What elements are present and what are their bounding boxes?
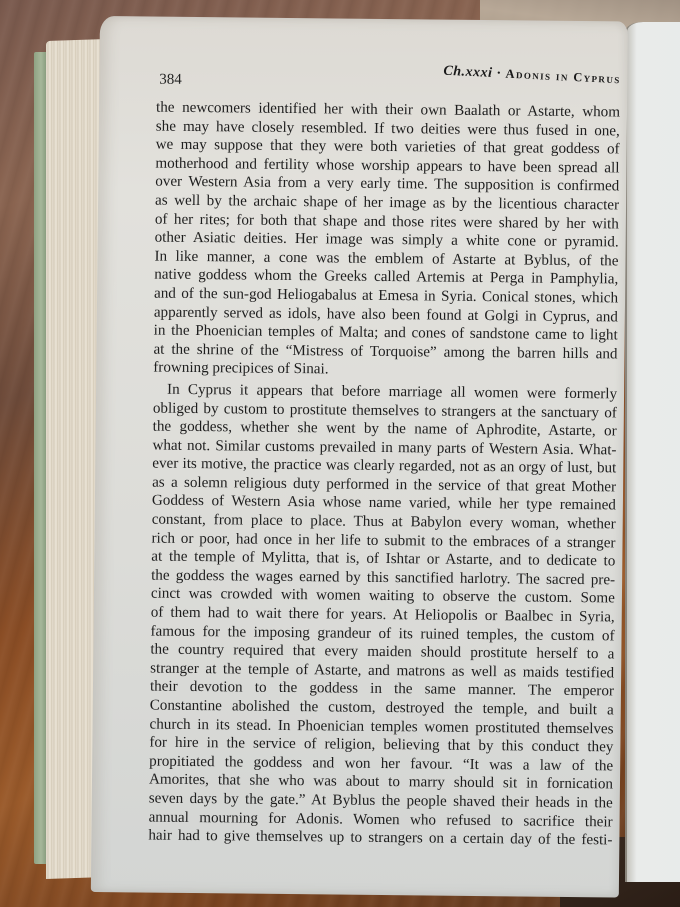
paragraph-2: In Cyprus it appears that before marriag… [148, 380, 617, 850]
chapter-title: Adonis in Cyprus [505, 67, 621, 87]
heading-separator: · [496, 66, 502, 81]
page-number: 384 [159, 72, 182, 89]
page-content: 384 Ch.xxxi·Adonis in Cyprus the newcome… [148, 61, 620, 851]
book-page: 384 Ch.xxxi·Adonis in Cyprus the newcome… [91, 16, 628, 897]
running-head: 384 Ch.xxxi·Adonis in Cyprus [156, 61, 620, 104]
chapter-heading: Ch.xxxi·Adonis in Cyprus [443, 64, 621, 89]
text-line: hair had to give themselves up to strang… [148, 827, 612, 850]
paragraph-1: the newcomers identified her with their … [153, 99, 620, 383]
chapter-number: Ch.xxxi [443, 64, 493, 81]
opposite-page [625, 22, 680, 882]
